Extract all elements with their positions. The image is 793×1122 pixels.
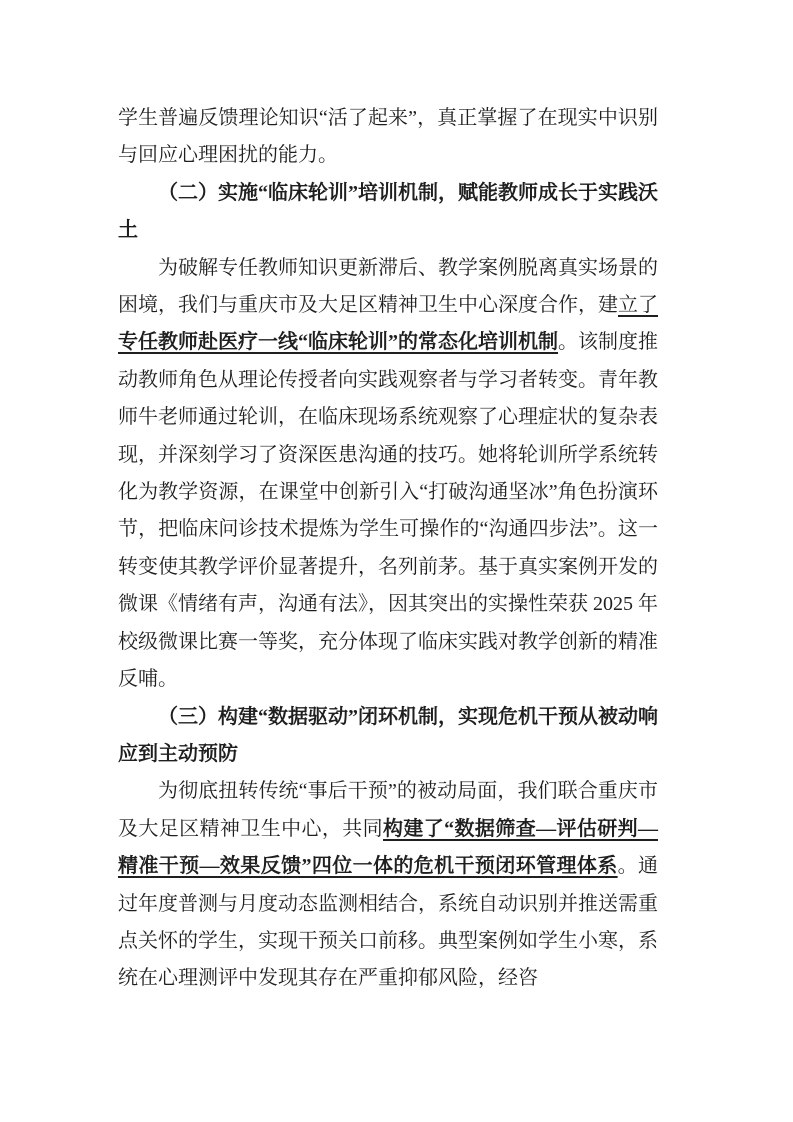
heading-section-2: （二）实施“临床轮训”培训机制，赋能教师成长于实践沃土 [118, 175, 658, 250]
text-run: 学生普遍反馈理论知识“活了起来”，真正掌握了在现实中识别与回应心理困扰的能力。 [118, 107, 658, 166]
text-run: 立了 [618, 294, 658, 316]
text-run: 。该制度推动教师角色从理论传授者向实践观察者与学习者转变。青年教师牛老师通过轮训… [118, 331, 658, 690]
text-run: （二）实施“临床轮训”培训机制，赋能教师成长于实践沃土 [118, 182, 658, 241]
para-section-3-body: 为彻底扭转传统“事后干预”的被动局面，我们联合重庆市及大足区精神卫生中心，共同构… [118, 773, 658, 997]
document-page: 学生普遍反馈理论知识“活了起来”，真正掌握了在现实中识别与回应心理困扰的能力。（… [0, 0, 793, 1122]
text-run: （三）构建“数据驱动”闭环机制，实现危机干预从被动响应到主动预防 [118, 706, 658, 765]
para-section-2-body: 为破解专任教师知识更新滞后、教学案例脱离真实场景的困境，我们与重庆市及大足区精神… [118, 250, 658, 699]
text-run: 专任教师赴医疗一线“临床轮训”的常态化培训机制 [118, 331, 558, 353]
text-block: 学生普遍反馈理论知识“活了起来”，真正掌握了在现实中识别与回应心理困扰的能力。（… [118, 100, 658, 998]
para-continuation: 学生普遍反馈理论知识“活了起来”，真正掌握了在现实中识别与回应心理困扰的能力。 [118, 100, 658, 175]
heading-section-3: （三）构建“数据驱动”闭环机制，实现危机干预从被动响应到主动预防 [118, 699, 658, 774]
text-run: 为破解专任教师知识更新滞后、教学案例脱离真实场景的困境，我们与重庆市及大足区精神… [118, 257, 658, 316]
